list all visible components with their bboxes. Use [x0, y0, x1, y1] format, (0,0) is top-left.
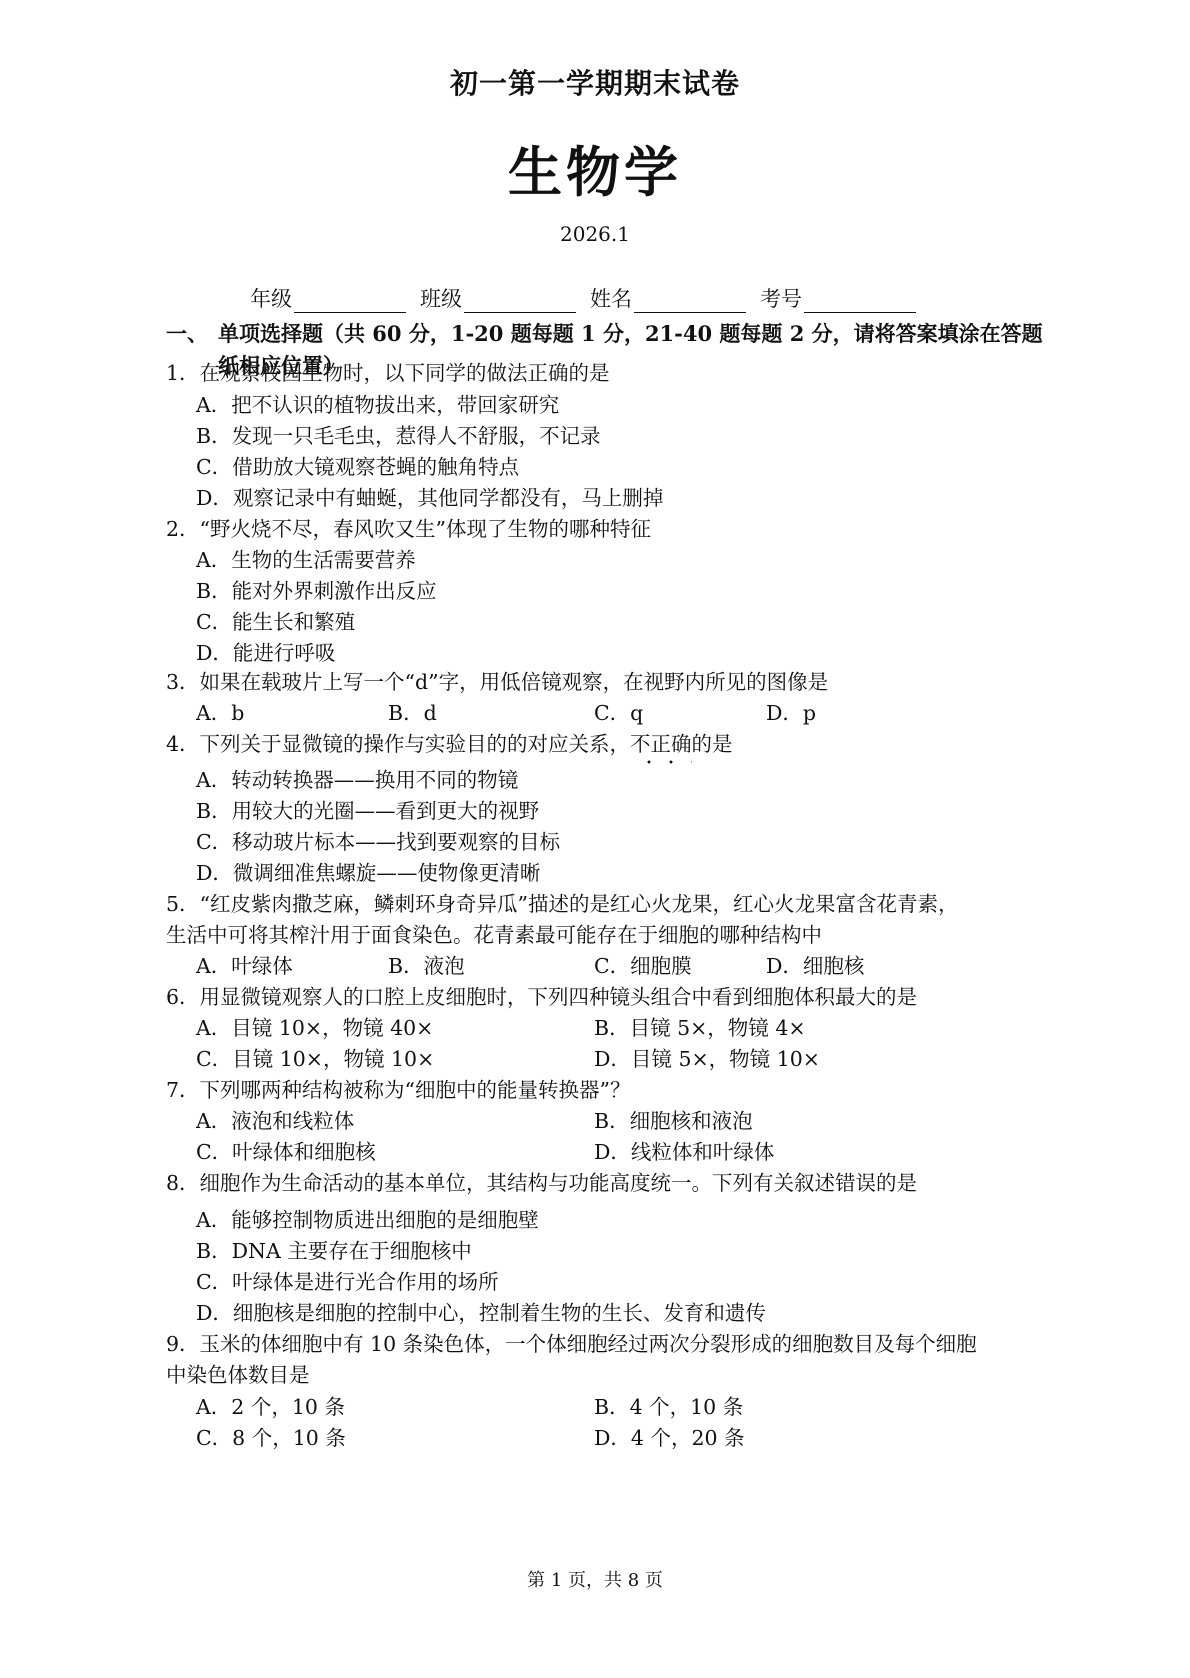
- question-4-stem: 4．下列关于显微镜的操作与实验目的的对应关系，不正确的是: [166, 727, 733, 757]
- name-field: 姓名: [590, 283, 746, 313]
- name-blank: [634, 290, 746, 313]
- question-7-stem: 7．下列哪两种结构被称为“细胞中的能量转换器”？: [166, 1073, 631, 1103]
- question-2-option-c: C．能生长和繁殖: [196, 605, 355, 635]
- question-1-stem: 1．在观察校园生物时，以下同学的做法正确的是: [166, 356, 610, 386]
- question-4-option-c: C．移动玻片标本——找到要观察的目标: [196, 825, 560, 855]
- question-4-stem-post: 的是: [692, 732, 733, 756]
- question-9-option-a: A．2 个，10 条: [196, 1390, 345, 1420]
- grade-blank: [294, 290, 406, 313]
- exam-number-field: 考号: [760, 283, 916, 313]
- question-1-option-b: B．发现一只毛毛虫，惹得人不舒服，不记录: [196, 419, 601, 449]
- question-2-option-a: A．生物的生活需要营养: [196, 543, 416, 573]
- question-1-option-d: D．观察记录中有蚰蜒，其他同学都没有，马上删掉: [196, 481, 663, 511]
- question-3-option-a: A．b: [196, 696, 244, 726]
- question-9-stem: 9．玉米的体细胞中有 10 条染色体，一个体细胞经过两次分裂形成的细胞数目及每个…: [166, 1327, 977, 1357]
- question-4-stem-pre: 4．下列关于显微镜的操作与实验目的的对应关系，: [166, 732, 630, 756]
- subject-title: 生物学: [0, 130, 1190, 207]
- question-5-option-b: B．液泡: [388, 949, 465, 979]
- section-number: 一、: [166, 318, 208, 350]
- question-5-option-d: D．细胞核: [766, 949, 864, 979]
- question-9-option-d: D．4 个，20 条: [594, 1421, 745, 1451]
- question-6-option-d: D．目镜 5×，物镜 10×: [594, 1042, 820, 1072]
- question-5-option-a: A．叶绿体: [196, 949, 293, 979]
- question-7-option-d: D．线粒体和叶绿体: [594, 1135, 774, 1165]
- question-6-option-a: A．目镜 10×，物镜 40×: [196, 1011, 433, 1041]
- question-3-option-d: D．p: [766, 696, 816, 726]
- exam-number-label: 考号: [760, 283, 802, 313]
- exam-date: 2026.1: [0, 222, 1190, 246]
- class-field: 班级: [420, 283, 576, 313]
- question-5-stem: 5．“红皮紫肉撒芝麻，鳞刺环身奇异瓜”描述的是红心火龙果，红心火龙果富含花青素，: [166, 887, 959, 917]
- section-title-line1: 单项选择题（共 60 分，1-20 题每题 1 分，21-40 题每题 2 分，…: [218, 318, 1178, 350]
- question-7-option-c: C．叶绿体和细胞核: [196, 1135, 376, 1165]
- question-7-option-b: B．细胞核和液泡: [594, 1104, 753, 1134]
- exam-number-blank: [804, 290, 916, 313]
- question-4-option-b: B．用较大的光圈——看到更大的视野: [196, 794, 539, 824]
- question-2-option-b: B．能对外界刺激作出反应: [196, 574, 437, 604]
- exam-title: 初一第一学期期末试卷: [0, 62, 1190, 102]
- question-1-option-c: C．借助放大镜观察苍蝇的触角特点: [196, 450, 519, 480]
- question-5-stem-line2: 生活中可将其榨汁用于面食染色。花青素最可能存在于细胞的哪种结构中: [166, 918, 822, 948]
- question-2-option-d: D．能进行呼吸: [196, 636, 335, 666]
- question-6-option-b: B．目镜 5×，物镜 4×: [594, 1011, 806, 1041]
- question-9-option-c: C．8 个，10 条: [196, 1421, 346, 1451]
- question-3-stem: 3．如果在载玻片上写一个“d”字，用低倍镜观察，在视野内所见的图像是: [166, 665, 828, 695]
- question-8-option-c: C．叶绿体是进行光合作用的场所: [196, 1265, 499, 1295]
- question-6-stem: 6．用显微镜观察人的口腔上皮细胞时，下列四种镜头组合中看到细胞体积最大的是: [166, 980, 917, 1010]
- question-1-option-a: A．把不认识的植物拔出来，带回家研究: [196, 388, 559, 418]
- question-9-option-b: B．4 个，10 条: [594, 1390, 743, 1420]
- question-3-option-b: B．d: [388, 696, 437, 726]
- question-8-option-d: D．细胞核是细胞的控制中心，控制着生物的生长、发育和遗传: [196, 1296, 766, 1326]
- grade-label: 年级: [250, 283, 292, 313]
- page-number: 第 1 页，共 8 页: [0, 1566, 1190, 1592]
- question-4-option-a: A．转动转换器——换用不同的物镜: [196, 763, 518, 793]
- question-8-option-b: B．DNA 主要存在于细胞核中: [196, 1234, 472, 1264]
- grade-field: 年级: [250, 283, 406, 313]
- question-3-option-c: C．q: [594, 696, 643, 726]
- question-7-option-a: A．液泡和线粒体: [196, 1104, 354, 1134]
- question-9-stem-line2: 中染色体数目是: [166, 1358, 310, 1388]
- question-2-stem: 2．“野火烧不尽，春风吹又生”体现了生物的哪种特征: [166, 512, 651, 542]
- question-6-option-c: C．目镜 10×，物镜 10×: [196, 1042, 434, 1072]
- class-label: 班级: [420, 283, 462, 313]
- question-5-option-c: C．细胞膜: [594, 949, 692, 979]
- question-4-option-d: D．微调细准焦螺旋——使物像更清晰: [196, 856, 540, 886]
- class-blank: [464, 290, 576, 313]
- name-label: 姓名: [590, 283, 632, 313]
- question-4-emphasis: 不正确: [630, 732, 692, 756]
- question-8-stem: 8．细胞作为生命活动的基本单位，其结构与功能高度统一。下列有关叙述错误的是: [166, 1166, 917, 1196]
- student-info-fields: 年级 班级 姓名 考号: [250, 283, 930, 313]
- question-8-option-a: A．能够控制物质进出细胞的是细胞壁: [196, 1203, 539, 1233]
